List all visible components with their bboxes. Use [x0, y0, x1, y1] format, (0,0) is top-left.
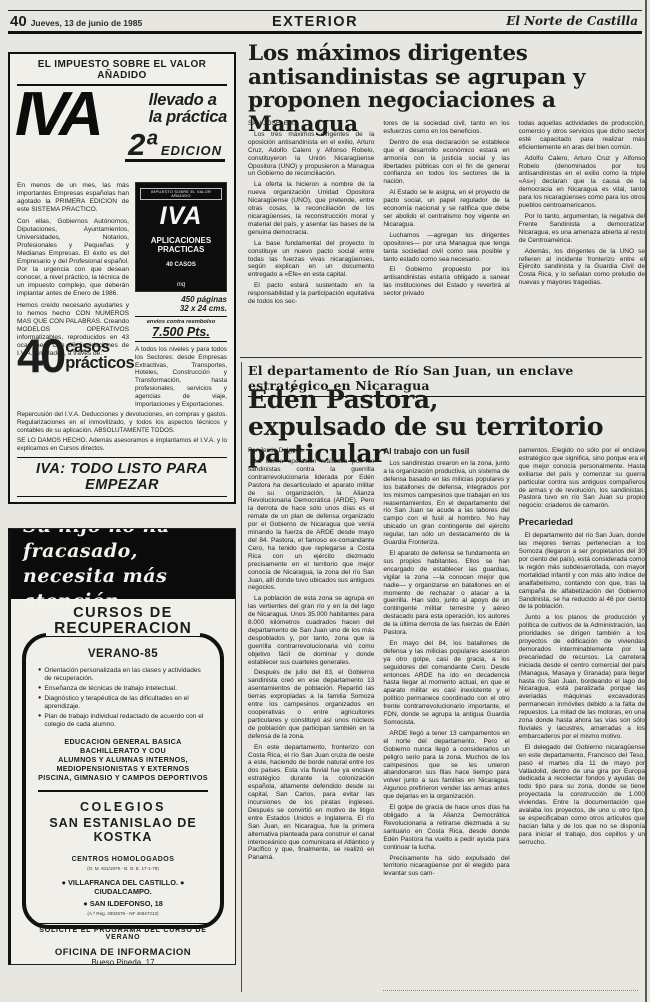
paragraph: La población de esta zona se agrupa en l… — [248, 595, 374, 666]
office-address: Bueso Pineda, 17 — [36, 958, 210, 965]
paragraph: ARDE llegó a tener 13 campamentos en el … — [383, 730, 509, 801]
locations-line: ● VILLAFRANCA DEL CASTILLO. ● CIUDALCAMP… — [36, 878, 210, 896]
colegio-advertisement: Su hijo no ha fracasado, necesita más at… — [8, 528, 236, 965]
paragraph: Por lo tanto, argumentan, la negativa de… — [519, 213, 645, 245]
headline-line: Edén Pastora, — [248, 386, 646, 413]
company-name: ORGANIZACION MC9, S. A. — [81, 503, 227, 504]
bullet-text: Orientación personalizada en las clases … — [44, 667, 208, 683]
feature-line: MEDIOPENSIONISTAS Y EXTERNOS — [36, 764, 210, 773]
paragraph: La oferta la hicieron a nombre de la nue… — [248, 181, 374, 236]
headline-line: antisandinistas se agrupan y — [248, 66, 646, 90]
ad-paragraph: SE LO DAMOS HECHO. Además asesoramos e i… — [17, 437, 227, 452]
tagline-line: la práctica — [149, 109, 227, 126]
book-line: 40 CASOS — [166, 262, 196, 268]
feature-line: PISCINA, GIMNASIO Y CAMPOS DEPORTIVOS — [36, 773, 210, 782]
page-number: 40 — [10, 13, 27, 30]
verano-subtitle: VERANO-85 — [36, 648, 210, 660]
book-subtitle: IMPUESTO SOBRE EL VALOR AÑADIDO — [140, 188, 222, 200]
ad-paragraph: Repercusión del I.V.A. Deducciones y dev… — [17, 411, 227, 434]
iva-slogan: IVA: TODO LISTO PARA EMPEZAR — [17, 457, 227, 497]
title-line: CURSOS DE — [26, 606, 220, 621]
paragraph: El golpe de gracia de hace unos días ha … — [383, 804, 509, 851]
iva-hero-block: IVA llevado a la práctica 2ª EDICION — [17, 88, 227, 180]
tagline-line: llevado a — [149, 92, 227, 109]
list-item: ●Plan de trabajo individual redactado de… — [38, 713, 208, 729]
iva-book-column: IMPUESTO SOBRE EL VALOR AÑADIDO IVA APLI… — [135, 182, 227, 408]
header-rule — [8, 31, 642, 34]
sectors-paragraph: A todos los niveles y para todos los Sec… — [135, 346, 227, 408]
list-item: ●Diagnóstico y terapéutica de las dificu… — [38, 695, 208, 711]
book-publisher-logo: mq — [177, 282, 185, 288]
book-caption: 450 páginas 32 x 24 cms. — [135, 295, 227, 313]
book-size: 32 x 24 cms. — [135, 304, 227, 313]
paragraph: tores de la sociedad civil, tanto en los… — [383, 120, 509, 136]
edition-number: 2ª — [128, 132, 157, 158]
paragraph: El departamento del río San Juan, donde … — [519, 532, 645, 611]
divider-rule — [38, 790, 208, 792]
feature-line: EDUCACION GENERAL BASICA — [36, 737, 210, 746]
homologados-label: CENTROS HOMOLOGADOS — [36, 856, 210, 863]
paragraph: En este departamento, fronterizo con Cos… — [248, 744, 374, 863]
dateline: SAN JOSE. Efe. — [248, 120, 374, 128]
cases-word: casos — [65, 339, 134, 355]
edition-block: 2ª EDICION — [125, 132, 225, 162]
colegio-frame: CURSOS DE RECUPERACION VERANO-85 ●Orient… — [22, 633, 224, 929]
paragraph: La última operación realizada por los sa… — [248, 458, 374, 592]
iva-advertisement: EL IMPUESTO SOBRE EL VALOR AÑADIDO IVA l… — [8, 52, 236, 504]
paragraph: El pacto estará sustentado en la respons… — [248, 282, 374, 306]
article1-body: SAN JOSE. Efe. Los tres máximos dirigent… — [248, 120, 645, 354]
company-info: ORGANIZACION MC9, S. A. SISTEMAS PRACTIC… — [81, 503, 227, 504]
paragraph: Precisamente ha sido expulsado del terri… — [383, 855, 509, 879]
bullet-icon: ● — [38, 695, 41, 711]
book-line: APLICACIONES PRACTICAS — [140, 236, 222, 254]
top-rule — [8, 10, 642, 11]
newspaper-masthead: El Norte de Castilla — [506, 14, 638, 28]
cases-number: 40 — [17, 336, 63, 376]
article2-column-3: pamentos. Elegido no sólo por el enclave… — [519, 447, 645, 997]
headline-line: Los máximos dirigentes — [248, 42, 646, 66]
list-item: ●Orientación personalizada en las clases… — [38, 667, 208, 683]
page-edge-line — [645, 0, 647, 1002]
bullet-icon: ● — [38, 667, 41, 683]
book-cover-image: IMPUESTO SOBRE EL VALOR AÑADIDO IVA APLI… — [135, 182, 227, 292]
byline: Por Jesús Delgado. — [248, 447, 374, 455]
paragraph: El delegado del Gobierno nicaragüense en… — [519, 744, 645, 847]
forty-cases-block: 40 casos prácticos — [17, 336, 137, 376]
article2-column-2: Al trabajo con un fusil Los sandinistas … — [383, 447, 509, 997]
scan-artifact-dots — [383, 990, 638, 991]
homologados-fine-print: (O. M. 811/1979 - B. O. E. 17-1-79) — [36, 866, 210, 871]
article1-column-1: SAN JOSE. Efe. Los tres máximos dirigent… — [248, 120, 374, 354]
bullet-icon: ● — [38, 685, 41, 693]
request-program-line: SOLICITE EL PROGRAMA DEL CURSO DE VERANO — [38, 923, 208, 941]
price: 7.500 Pts. — [135, 325, 227, 339]
paragraph: Los sandinistas crearon en la zona, junt… — [383, 460, 509, 547]
registry-fine-print: (A.ª Reg. 2802579 - NF 40947212) — [36, 911, 210, 916]
paragraph: El Gobierno propuesto por los antisandin… — [383, 266, 509, 298]
paragraph: En mayo del 84, los batallones de defens… — [383, 640, 509, 727]
paragraph: Además, los dirigentes de la UNO se refi… — [519, 248, 645, 288]
iva-ad-copy: En menos de un mes, las más importantes … — [17, 182, 129, 408]
paragraph: Dentro de esa declaración se establece q… — [383, 139, 509, 186]
school-name: COLEGIOS SAN ESTANISLAO DE KOSTKA — [36, 800, 210, 844]
article2-subhead-precariedad: Precariedad — [519, 517, 645, 528]
article2-column-1: Por Jesús Delgado. La última operación r… — [248, 447, 374, 997]
information-office: OFICINA DE INFORMACION Bueso Pineda, 17 … — [36, 947, 210, 965]
column-divider-line — [241, 362, 242, 992]
feature-line: BACHILLERATO Y COU — [36, 746, 210, 755]
paragraph: Luchamos —agregan los dirigentes oposito… — [383, 232, 509, 264]
locations-line: ● SAN ILDEFONSO, 18 — [36, 899, 210, 908]
article2-subhead-fusil: Al trabajo con un fusil — [383, 447, 509, 456]
feature-line: ALUMNOS Y ALUMNAS INTERNOS, — [36, 755, 210, 764]
paragraph: pamentos. Elegido no sólo por el enclave… — [519, 447, 645, 510]
cases-words: casos prácticos — [65, 339, 134, 371]
cases-word: prácticos — [65, 355, 134, 371]
paragraph: Al Estado se le asigna, en el proyecto d… — [383, 189, 509, 229]
iva-logo: IVA — [15, 84, 99, 146]
paragraph: La base fundamental del proyecto lo cons… — [248, 240, 374, 280]
bullet-icon: ● — [38, 713, 41, 729]
iva-middle-block: En menos de un mes, las más importantes … — [17, 182, 227, 408]
ad-paragraph: Con ellas, Gobiernos Autónomos, Diputaci… — [17, 218, 129, 298]
newspaper-page: 40 Jueves, 13 de junio de 1985 EXTERIOR … — [0, 0, 650, 1002]
article-divider-rule — [240, 357, 642, 358]
article1-column-2: tores de la sociedad civil, tanto en los… — [383, 120, 509, 354]
paragraph: Después de julio del 83, el Gobierno san… — [248, 669, 374, 740]
paragraph: Junto a los planos de producción y polít… — [519, 614, 645, 741]
ad-paragraph: En menos de un mes, las más importantes … — [17, 182, 129, 214]
colegio-banner: Su hijo no ha fracasado, necesita más at… — [11, 529, 235, 599]
cursos-title: CURSOS DE RECUPERACION — [26, 606, 220, 636]
section-title: EXTERIOR — [230, 14, 400, 30]
iva-tagline: llevado a la práctica — [149, 92, 227, 126]
features-list: EDUCACION GENERAL BASICA BACHILLERATO Y … — [36, 737, 210, 782]
page-header-left: 40 Jueves, 13 de junio de 1985 — [10, 13, 142, 30]
article1-column-3: todas aquellas actividades de producción… — [519, 120, 645, 354]
price-block: envíos contra reembolso 7.500 Pts. — [135, 316, 227, 342]
title-line: RECUPERACION — [46, 621, 200, 636]
list-item: ●Enseñanza de técnicas de trabajo intele… — [38, 685, 208, 693]
paragraph: Adolfo Calero, Arturo Cruz y Alfonso Rob… — [519, 155, 645, 210]
bullet-text: Diagnóstico y terapéutica de las dificul… — [44, 695, 208, 711]
paragraph: El aparato de defensa se fundamenta en s… — [383, 550, 509, 637]
office-title: OFICINA DE INFORMACION — [36, 947, 210, 958]
paragraph: todas aquellas actividades de producción… — [519, 120, 645, 152]
book-pages: 450 páginas — [135, 295, 227, 304]
iva-footer: IVA MC9 sistemas ORGANIZACION MC9, S. A.… — [17, 503, 227, 504]
banner-line: Su hijo no ha fracasado, — [23, 528, 235, 564]
bullet-text: Enseñanza de técnicas de trabajo intelec… — [44, 685, 177, 693]
paragraph: Los tres máximos dirigentes de la oposic… — [248, 131, 374, 178]
bullet-text: Plan de trabajo individual redactado de … — [44, 713, 208, 729]
edition-word: EDICION — [161, 143, 222, 158]
bullet-list: ●Orientación personalizada en las clases… — [38, 667, 208, 729]
school-line: COLEGIOS — [36, 800, 210, 814]
article2-body: Por Jesús Delgado. La última operación r… — [248, 447, 645, 997]
book-title: IVA — [160, 202, 203, 231]
page-date: Jueves, 13 de junio de 1985 — [31, 18, 143, 28]
school-line: SAN ESTANISLAO DE KOSTKA — [36, 816, 210, 844]
